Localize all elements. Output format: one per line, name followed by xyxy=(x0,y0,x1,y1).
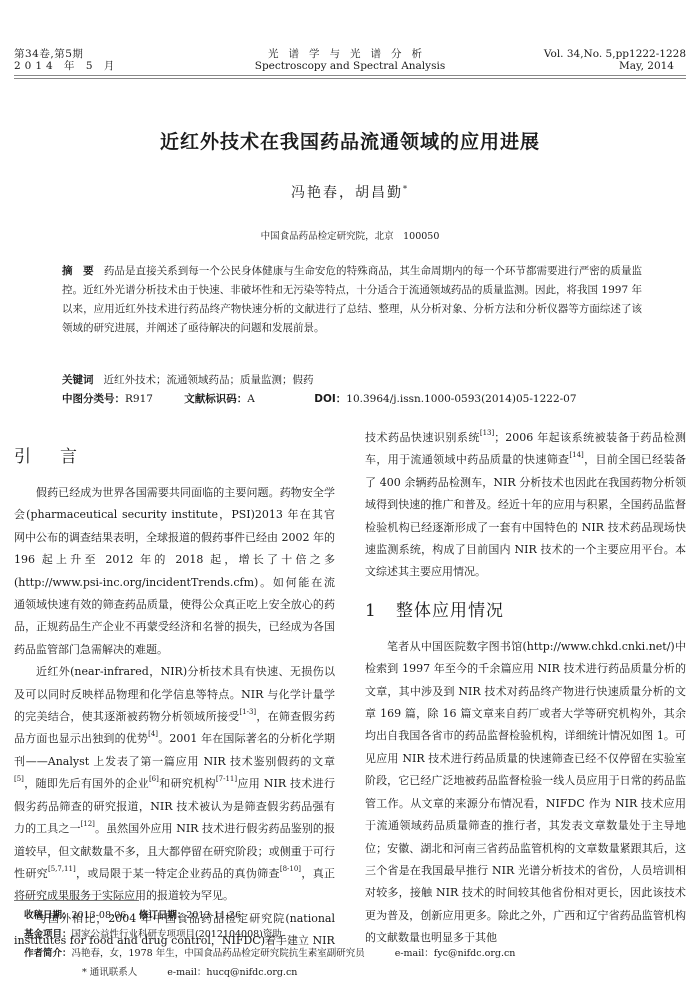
revised-label: 修订日期： xyxy=(139,910,187,921)
right-column: 技术药品快速识别系统[13]；2006 年起该系统被装备于药品检测车，用于流通领… xyxy=(365,427,686,950)
text-run: ，目前全国已经装备了 400 余辆药品检测车，NIR 分析技术也因此在我国药物分… xyxy=(365,453,686,578)
paragraph: 近红外(near-infrared，NIR)分析技术具有快速、无损伤以及可以同时… xyxy=(14,661,335,907)
keywords-label: 关键词 xyxy=(62,374,94,386)
bio-email[interactable]: e-mail：fyc@nifdc.org.cn xyxy=(395,948,516,959)
citation[interactable]: [13] xyxy=(480,429,494,437)
doi-label: DOI： xyxy=(314,393,346,405)
corresponding-mark: * xyxy=(403,184,409,193)
revised-date: 2013-11-26 xyxy=(186,910,241,921)
text-run: ，随即先后有国外的企业 xyxy=(24,777,149,790)
citation[interactable]: [8-10] xyxy=(280,865,301,873)
section-heading-introduction: 引 言 xyxy=(14,444,335,470)
text-run: 技术药品快速识别系统 xyxy=(365,431,480,444)
section-heading-overall-application: 1 整体应用情况 xyxy=(365,598,686,624)
section-number: 1 xyxy=(365,601,377,621)
author-names: 冯艳春，胡昌勤 xyxy=(291,185,403,201)
text-run: ，或局限于某一特定企业药品的真伪筛查 xyxy=(76,867,280,880)
citation[interactable]: [14] xyxy=(569,451,583,459)
abstract-label: 摘 要 xyxy=(62,265,94,277)
paper-title: 近红外技术在我国药品流通领域的应用进展 xyxy=(0,127,700,154)
citation[interactable]: [7-11] xyxy=(216,775,237,783)
keywords-text: 近红外技术；流通领域药品；质量监测；假药 xyxy=(104,374,314,386)
author-bio-line: 作者简介：冯艳春，女，1978 年生，中国食品药品检定研究院抗生素室副研究员e-… xyxy=(24,944,684,963)
clc-label: 中图分类号： xyxy=(62,393,125,405)
clc-value: R917 xyxy=(125,393,153,405)
fund-label: 基金项目： xyxy=(24,929,72,940)
received-date: 2013-08-06， xyxy=(72,910,136,921)
header-rule-top xyxy=(14,75,686,76)
author-list: 冯艳春，胡昌勤* xyxy=(0,182,700,202)
affiliation: 中国食品药品检定研究院，北京 100050 xyxy=(0,228,700,242)
citation[interactable]: [1-3] xyxy=(239,708,256,716)
doc-code-value: A xyxy=(247,393,255,405)
text-run: 和研究机构 xyxy=(159,777,216,790)
bio-value: 冯艳春，女，1978 年生，中国食品药品检定研究院抗生素室副研究员 xyxy=(72,948,365,959)
fund-value: 国家公益性行业科研专项项目(2012104008)资助 xyxy=(72,929,282,940)
paragraph: 假药已经成为世界各国需要共同面临的主要问题。药物安全学会(pharmaceuti… xyxy=(14,482,335,661)
volume-pages: Vol. 34,No. 5,pp1222-1228 May, 2014 xyxy=(544,48,686,72)
vol-no-pages: Vol. 34,No. 5,pp1222-1228 xyxy=(544,48,686,60)
received-label: 收稿日期： xyxy=(24,910,72,921)
section-title: 整体应用情况 xyxy=(396,601,504,621)
abstract-text: 药品是直接关系到每一个公民身体健康与生命安危的特殊商品，其生命周期内的每一个环节… xyxy=(62,265,642,334)
keywords: 关键词 近红外技术；流通领域药品；质量监测；假药 xyxy=(62,371,642,390)
corresponding-line: * 通讯联系人e-mail：hucq@nifdc.org.cn xyxy=(24,963,684,982)
paragraph: 技术药品快速识别系统[13]；2006 年起该系统被装备于药品检测车，用于流通领… xyxy=(365,427,686,584)
corresponding-label: * 通讯联系人 xyxy=(82,967,137,978)
fund-line: 基金项目：国家公益性行业科研专项项目(2012104008)资助 xyxy=(24,925,684,944)
dates-line: 收稿日期：2013-08-06， 修订日期：2013-11-26 xyxy=(24,906,684,925)
classification-line: 中图分类号：R917 文献标识码：A DOI：10.3964/j.issn.10… xyxy=(62,390,662,409)
citation[interactable]: [12] xyxy=(81,820,95,828)
header-rule-bottom xyxy=(14,78,686,79)
citation[interactable]: [5,7,11] xyxy=(48,865,76,873)
citation[interactable]: [6] xyxy=(149,775,159,783)
footnote-rule xyxy=(14,900,139,901)
bio-label: 作者简介： xyxy=(24,948,72,959)
citation[interactable]: [5] xyxy=(14,775,24,783)
citation[interactable]: [4] xyxy=(148,730,158,738)
doi-value[interactable]: 10.3964/j.issn.1000-0593(2014)05-1222-07 xyxy=(346,393,576,405)
corresponding-email[interactable]: e-mail：hucq@nifdc.org.cn xyxy=(167,967,297,978)
doc-code-label: 文献标识码： xyxy=(184,393,247,405)
footnotes: 收稿日期：2013-08-06， 修订日期：2013-11-26 基金项目：国家… xyxy=(24,906,684,982)
month-year: May, 2014 xyxy=(544,60,686,72)
abstract: 摘 要 药品是直接关系到每一个公民身体健康与生命安危的特殊商品，其生命周期内的每… xyxy=(62,262,642,338)
left-column: 引 言 假药已经成为世界各国需要共同面临的主要问题。药物安全学会(pharmac… xyxy=(14,444,335,953)
paragraph: 笔者从中国医院数字图书馆(http://www.chkd.cnki.net/)中… xyxy=(365,636,686,950)
